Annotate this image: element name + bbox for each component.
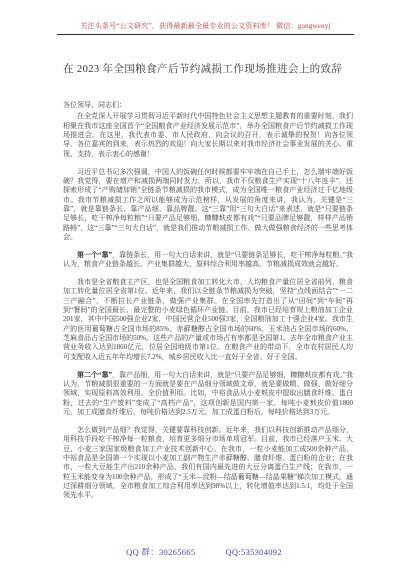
paragraph-2: 习近平总书记多次强调，中国人的饭碗任何时候都要牢牢端在自己手上，怎么端牢端好饭碗…: [63, 168, 353, 243]
qq-group-number: QQ 群：30265665: [126, 547, 195, 557]
paragraph-5-lead: 第二个“靠”: [77, 371, 112, 379]
paragraph-1: 在全党深入开展学习贯彻习近平新时代中国特色社会主义思想主题教育的重要时刻，我们相…: [63, 112, 353, 159]
document-page: 关注头条号“公文研究”，获得最新最全最专业的公文资料库！ 微信：gongweny…: [0, 0, 408, 580]
paragraph-5: 第二个“靠”，靠产品细，用一句大白话来讲，就是“只要产品足够细，糠糠麸皮都有戏。…: [63, 371, 353, 418]
paragraph-2-text: 习近平总书记多次强调，中国人的饭碗任何时候都要牢牢端在自己手上，怎么端牢端好饭碗…: [63, 168, 353, 241]
footer-contact: QQ 群：30265665QQ:535304092: [0, 546, 408, 558]
paragraph-6-text: 怎么做到产品细？我觉得，关键要靠科技创新。近年来，我们以科技创新推动产品细分，用…: [63, 426, 353, 499]
document-body: 在 2023 年全国粮食产后节约减损工作现场推进会上的致辞 各位领导、同志们： …: [63, 63, 353, 509]
paragraph-4-text: 我市是全省粮食主产区，也是全国粮食加工转化大市，人均粮食产量位居全省前列，粮食加…: [63, 278, 353, 361]
salutation: 各位领导、同志们：: [63, 101, 353, 110]
paragraph-3-lead: 第一个“靠”: [77, 251, 112, 259]
header-ad-text: 关注头条号“公文研究”，获得最新最全最专业的公文资料库！ 微信：gongweny…: [80, 22, 330, 30]
paragraph-6: 怎么做到产品细？我觉得，关键要靠科技创新。近年来，我们以科技创新推动产品细分，用…: [63, 426, 353, 501]
document-title: 在 2023 年全国粮食产后节约减损工作现场推进会上的致辞: [63, 63, 353, 77]
paragraph-3: 第一个“靠”，靠链条长，用一句大白话来讲，就是“只要链条足够长，吃干榨净每粒粮。…: [63, 251, 353, 270]
paragraph-1-text: 在全党深入开展学习贯彻习近平新时代中国特色社会主义思想主题教育的重要时刻，我们相…: [63, 112, 353, 157]
qq-number: QQ:535304092: [225, 547, 282, 557]
paragraph-4: 我市是全省粮食主产区，也是全国粮食加工转化大市，人均粮食产量位居全省前列，粮食加…: [63, 278, 353, 362]
header-ad-banner: 关注头条号“公文研究”，获得最新最全最专业的公文资料库！ 微信：gongweny…: [57, 22, 354, 35]
